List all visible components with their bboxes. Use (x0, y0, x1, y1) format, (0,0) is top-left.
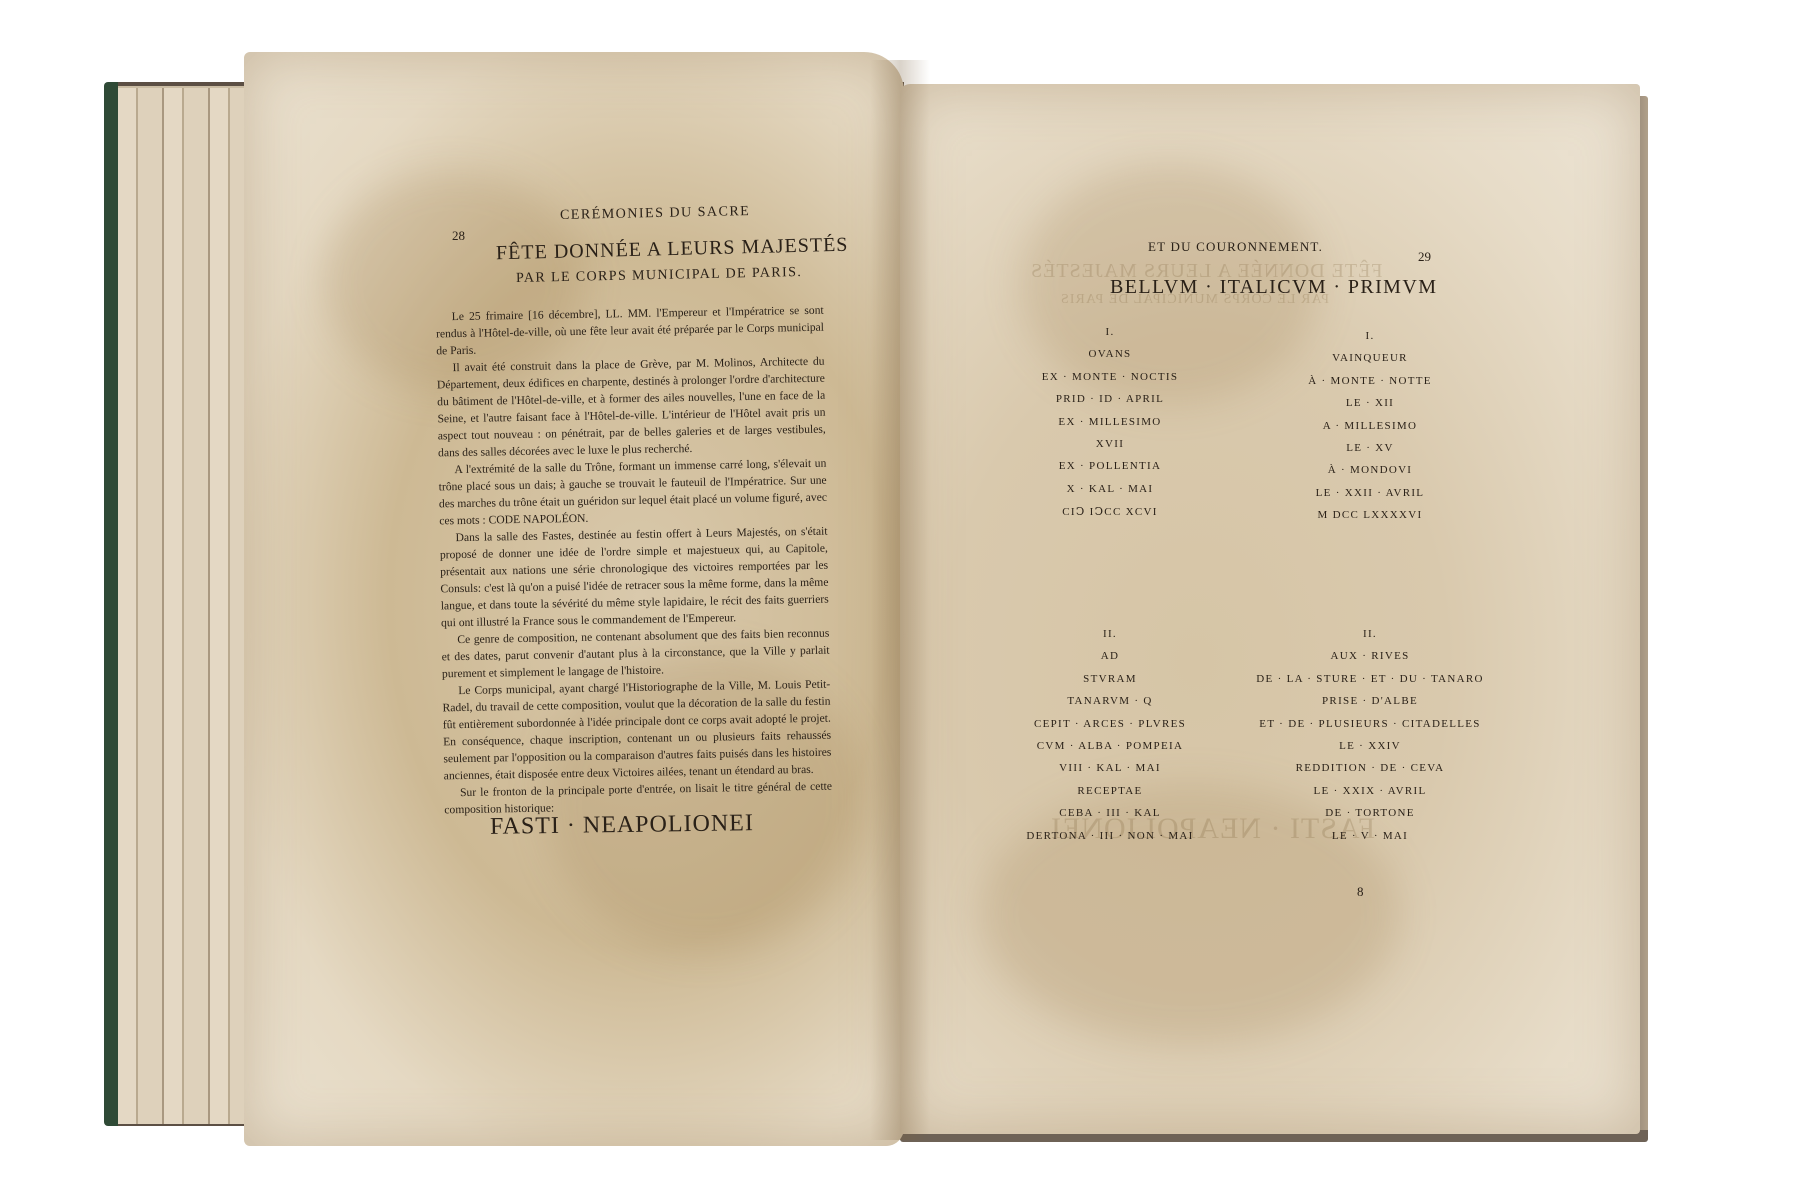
inscription-line: ET · DE · PLUSIEURS · CITADELLES (1250, 718, 1490, 740)
inscription-line: EX · MILLESIMO (1010, 416, 1210, 438)
inscription-line: EX · POLLENTIA (1010, 460, 1210, 482)
inscription-line: LE · XV (1250, 442, 1490, 464)
inscription-line: REDDITION · DE · CEVA (1250, 762, 1490, 784)
inscription-line: LE · XXIV (1250, 740, 1490, 762)
inscription-line: RECEPTAE (1010, 785, 1210, 807)
inscription-line: AUX · RIVES (1250, 650, 1490, 672)
left-page-body: Le 25 frimaire [16 décembre], LL. MM. l'… (436, 302, 833, 819)
inscription-line: I. (1250, 330, 1490, 352)
inscription-line: EX · MONTE · NOCTIS (1010, 371, 1210, 393)
open-book: 28 CERÉMONIES DU SACRE FÊTE DONNÉE A LEU… (0, 0, 1800, 1198)
inscription-line: AD (1010, 650, 1210, 672)
running-head-right: ET DU COURONNEMENT. (1148, 239, 1323, 255)
inscription-line: CVM · ALBA · POMPEIA (1010, 740, 1210, 762)
paragraph: Ce genre de composition, ne contenant ab… (441, 625, 830, 683)
inscription-line: VAINQUEUR (1250, 352, 1490, 374)
french-column-section-1: I. VAINQUEUR À · MONTE · NOTTE LE · XII … (1250, 330, 1490, 532)
inscription-line: LE · XXIX · AVRIL (1250, 785, 1490, 807)
inscription-line: DERTONA · III · NON · MAI (1010, 830, 1210, 852)
inscription-line: LE · XXII · AVRIL (1250, 487, 1490, 509)
inscription-line: A · MILLESIMO (1250, 420, 1490, 442)
paragraph: Le 25 frimaire [16 décembre], LL. MM. l'… (436, 302, 825, 360)
inscription-line: XVII (1010, 438, 1210, 460)
paragraph: Il avait été construit dans la place de … (436, 353, 826, 462)
inscription-line: LE · XII (1250, 397, 1490, 419)
inscription-line: CEBA · III · KAL (1010, 807, 1210, 829)
inscription-line: II. (1010, 628, 1210, 650)
inscription-line: CIↃ IↃCC XCVI (1010, 505, 1210, 527)
signature-mark: 8 (1357, 884, 1364, 900)
inscription-line: I. (1010, 326, 1210, 348)
inscription-line: DE · TORTONE (1250, 807, 1490, 829)
french-column-section-2: II. AUX · RIVES DE · LA · STURE · ET · D… (1250, 628, 1490, 852)
inscription-line: STVRAM (1010, 673, 1210, 695)
paragraph: Dans la salle des Fastes, destinée au fe… (439, 523, 829, 632)
inscription-line: À · MONTE · NOTTE (1250, 375, 1490, 397)
inscription-line: M DCC LXXXXVI (1250, 509, 1490, 531)
inscription-line: TANARVM · Q (1010, 695, 1210, 717)
inscription-line: PRISE · D'ALBE (1250, 695, 1490, 717)
inscription-line: OVANS (1010, 348, 1210, 370)
inscription-line: DE · LA · STURE · ET · DU · TANARO (1250, 673, 1490, 695)
inscription-title: FASTI · NEAPOLIONEI (490, 810, 754, 841)
inscription-line: VIII · KAL · MAI (1010, 762, 1210, 784)
latin-column-section-2: II. AD STVRAM TANARVM · Q CEPIT · ARCES … (1010, 628, 1210, 852)
inscription-line: X · KAL · MAI (1010, 483, 1210, 505)
inscription-line: II. (1250, 628, 1490, 650)
page-number-right: 29 (1418, 249, 1431, 265)
inscription-line: LE · V · MAI (1250, 830, 1490, 852)
inscription-line: PRID · ID · APRIL (1010, 393, 1210, 415)
inscription-line: CEPIT · ARCES · PLVRES (1010, 718, 1210, 740)
inscription-line: À · MONDOVI (1250, 464, 1490, 486)
latin-column-section-1: I. OVANS EX · MONTE · NOCTIS PRID · ID ·… (1010, 326, 1210, 528)
paragraph: A l'extrémité de la salle du Trône, form… (438, 455, 827, 530)
paragraph: Le Corps municipal, ayant chargé l'Histo… (442, 676, 832, 785)
page-number-left: 28 (452, 228, 465, 244)
inscription-heading: BELLVM · ITALICVM · PRIMVM (1110, 276, 1437, 299)
